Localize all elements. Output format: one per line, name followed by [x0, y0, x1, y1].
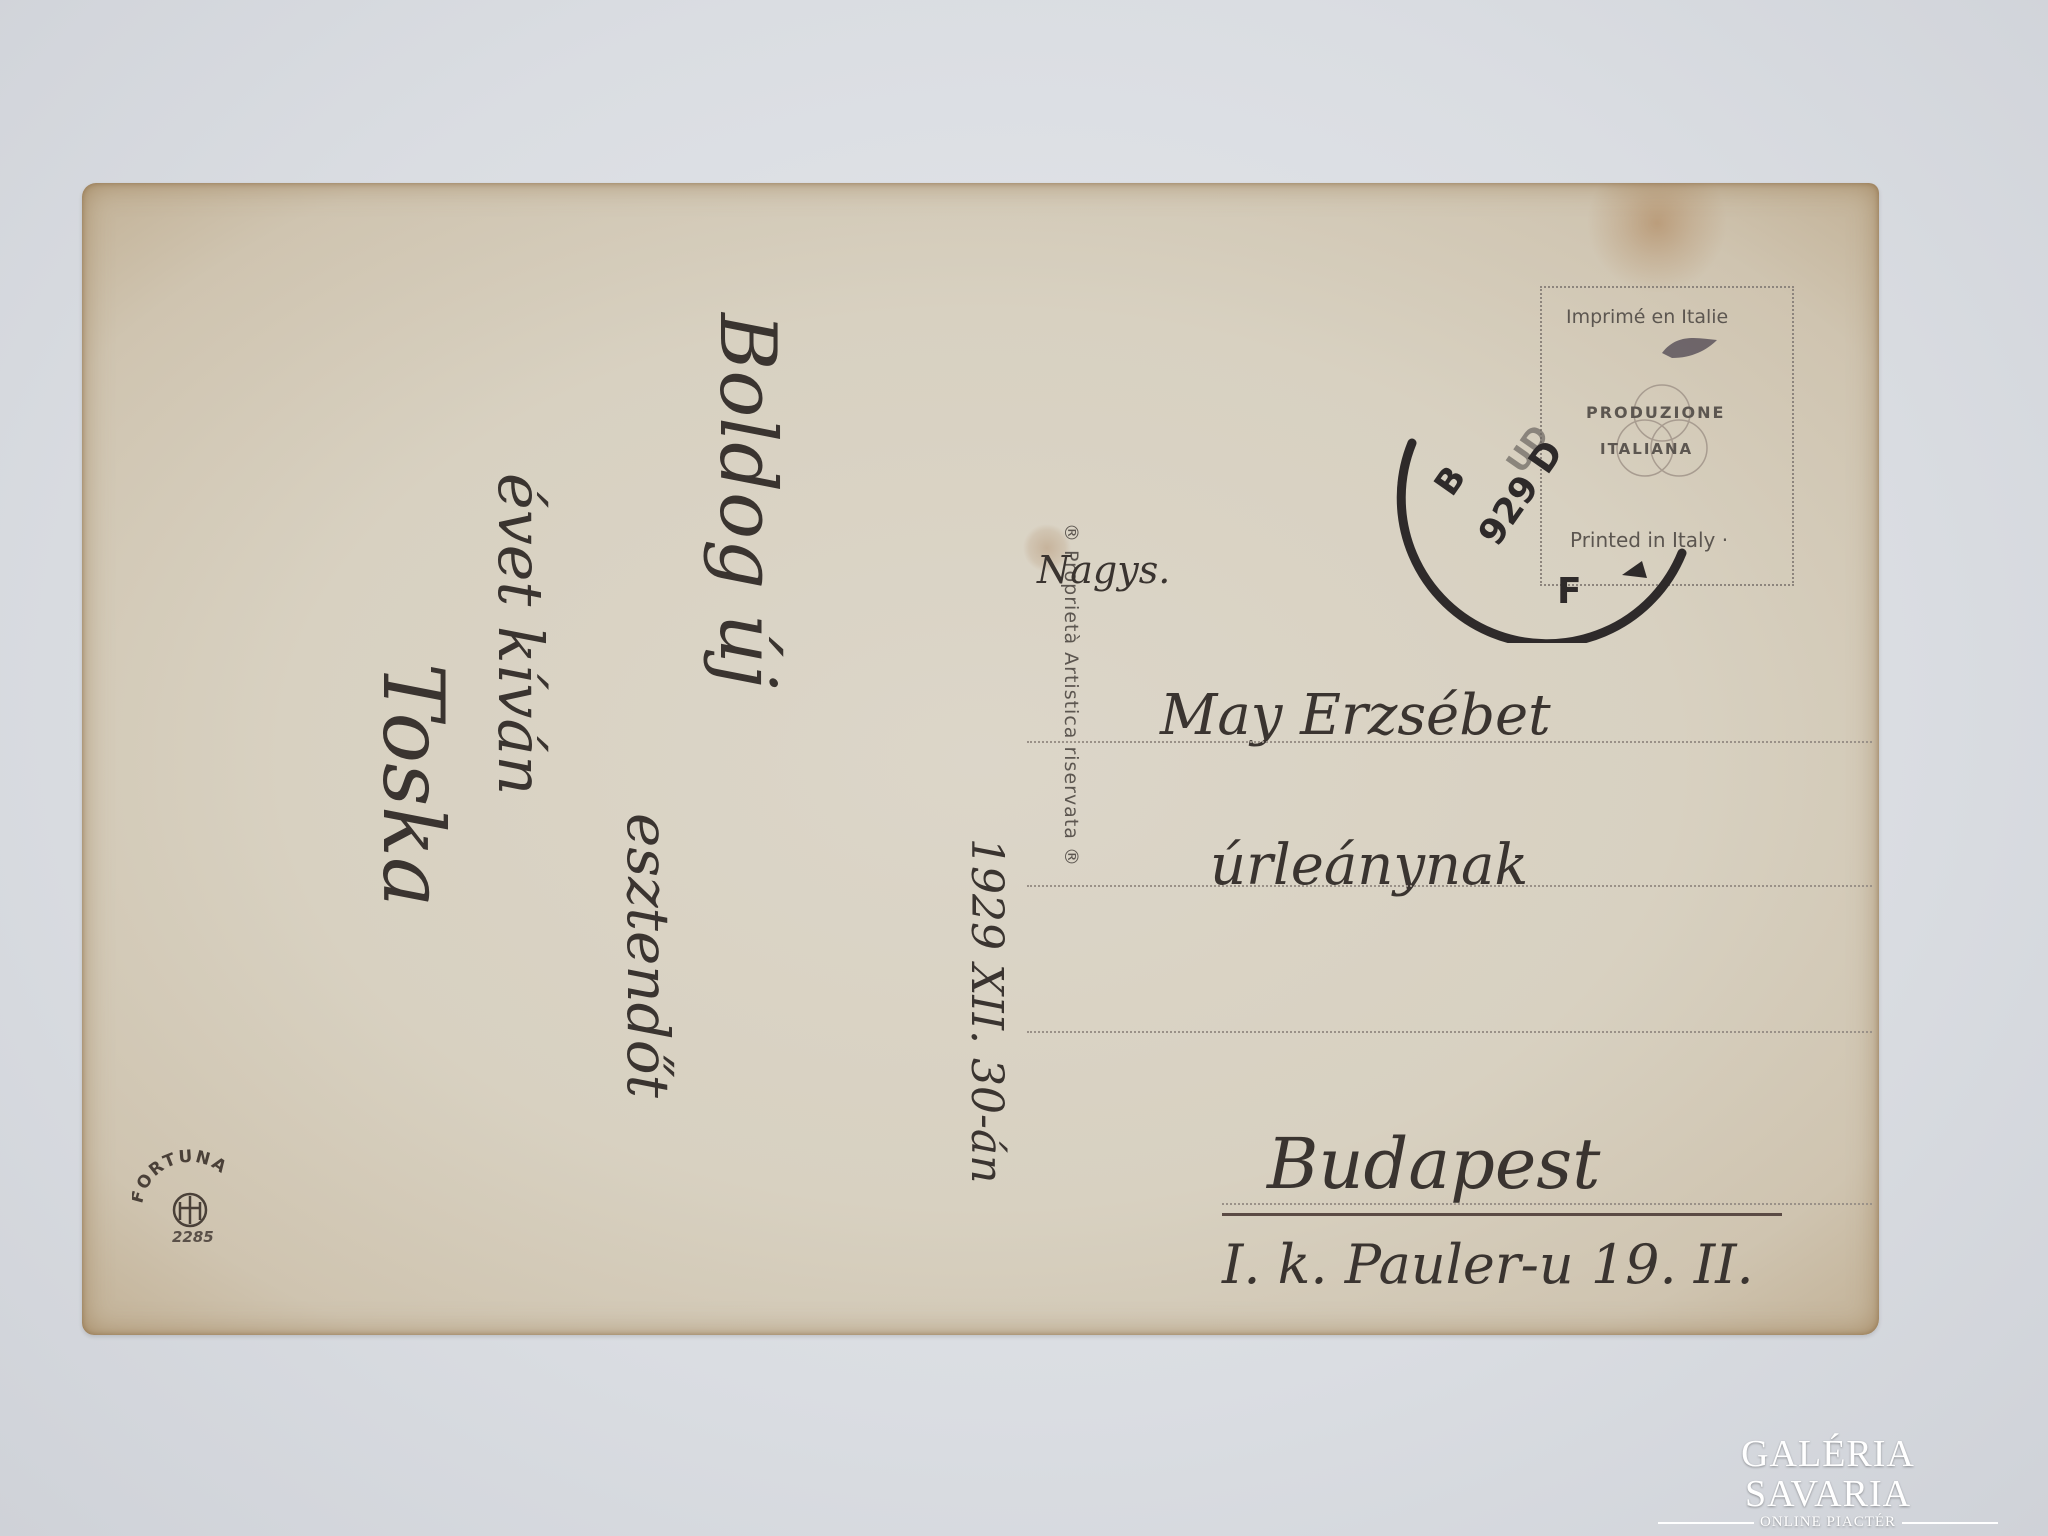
address-line-4	[1222, 1203, 1872, 1205]
postmark-circle-icon: B UD 929 D F	[1382, 403, 1712, 643]
watermark-subtitle-row: ONLINE PIACTÉR	[1658, 1514, 1998, 1531]
galeria-savaria-watermark: GALÉRIA SAVARIA ONLINE PIACTÉR	[1658, 1434, 1998, 1531]
fortuna-arc-text-icon: FORTUNA	[132, 1148, 247, 1228]
series-number: 2285	[172, 1228, 214, 1246]
address-line-1	[1027, 741, 1872, 743]
message-date: 1929 XII. 30-án	[961, 838, 1012, 1183]
publisher-logo: FORTUNA 2285	[132, 1148, 247, 1263]
address-street: I. k. Pauler-u 19. II.	[1222, 1233, 1754, 1296]
svg-text:B: B	[1427, 459, 1475, 503]
signature: Toska	[364, 663, 462, 907]
message-line-esztendot: esztendőt	[614, 813, 682, 1098]
message-line-boldog: Boldog új	[702, 313, 792, 688]
svg-text:F: F	[1557, 571, 1582, 612]
stamp-text-imprime: Imprimé en Italie	[1566, 306, 1728, 328]
address-line-2	[1027, 885, 1872, 887]
address-city: Budapest	[1267, 1123, 1600, 1205]
watermark-rule-right	[1902, 1522, 1998, 1524]
watermark-rule-left	[1658, 1522, 1754, 1524]
address-title: úrleánynak	[1210, 833, 1528, 898]
postmark: B UD 929 D F	[1382, 403, 1682, 668]
watermark-subtitle: ONLINE PIACTÉR	[1760, 1514, 1896, 1531]
address-salutation: Nagys.	[1037, 548, 1170, 592]
address-name: May Erzsébet	[1160, 683, 1551, 748]
postcard-back: Boldog új évet kíván esztendőt Toska 192…	[82, 183, 1879, 1335]
ink-smudge-icon	[1657, 328, 1727, 368]
watermark-title: GALÉRIA SAVARIA	[1658, 1434, 1998, 1514]
message-line-kivan: évet kíván	[484, 473, 557, 795]
address-line-3	[1027, 1031, 1872, 1033]
address-underline	[1222, 1213, 1782, 1216]
